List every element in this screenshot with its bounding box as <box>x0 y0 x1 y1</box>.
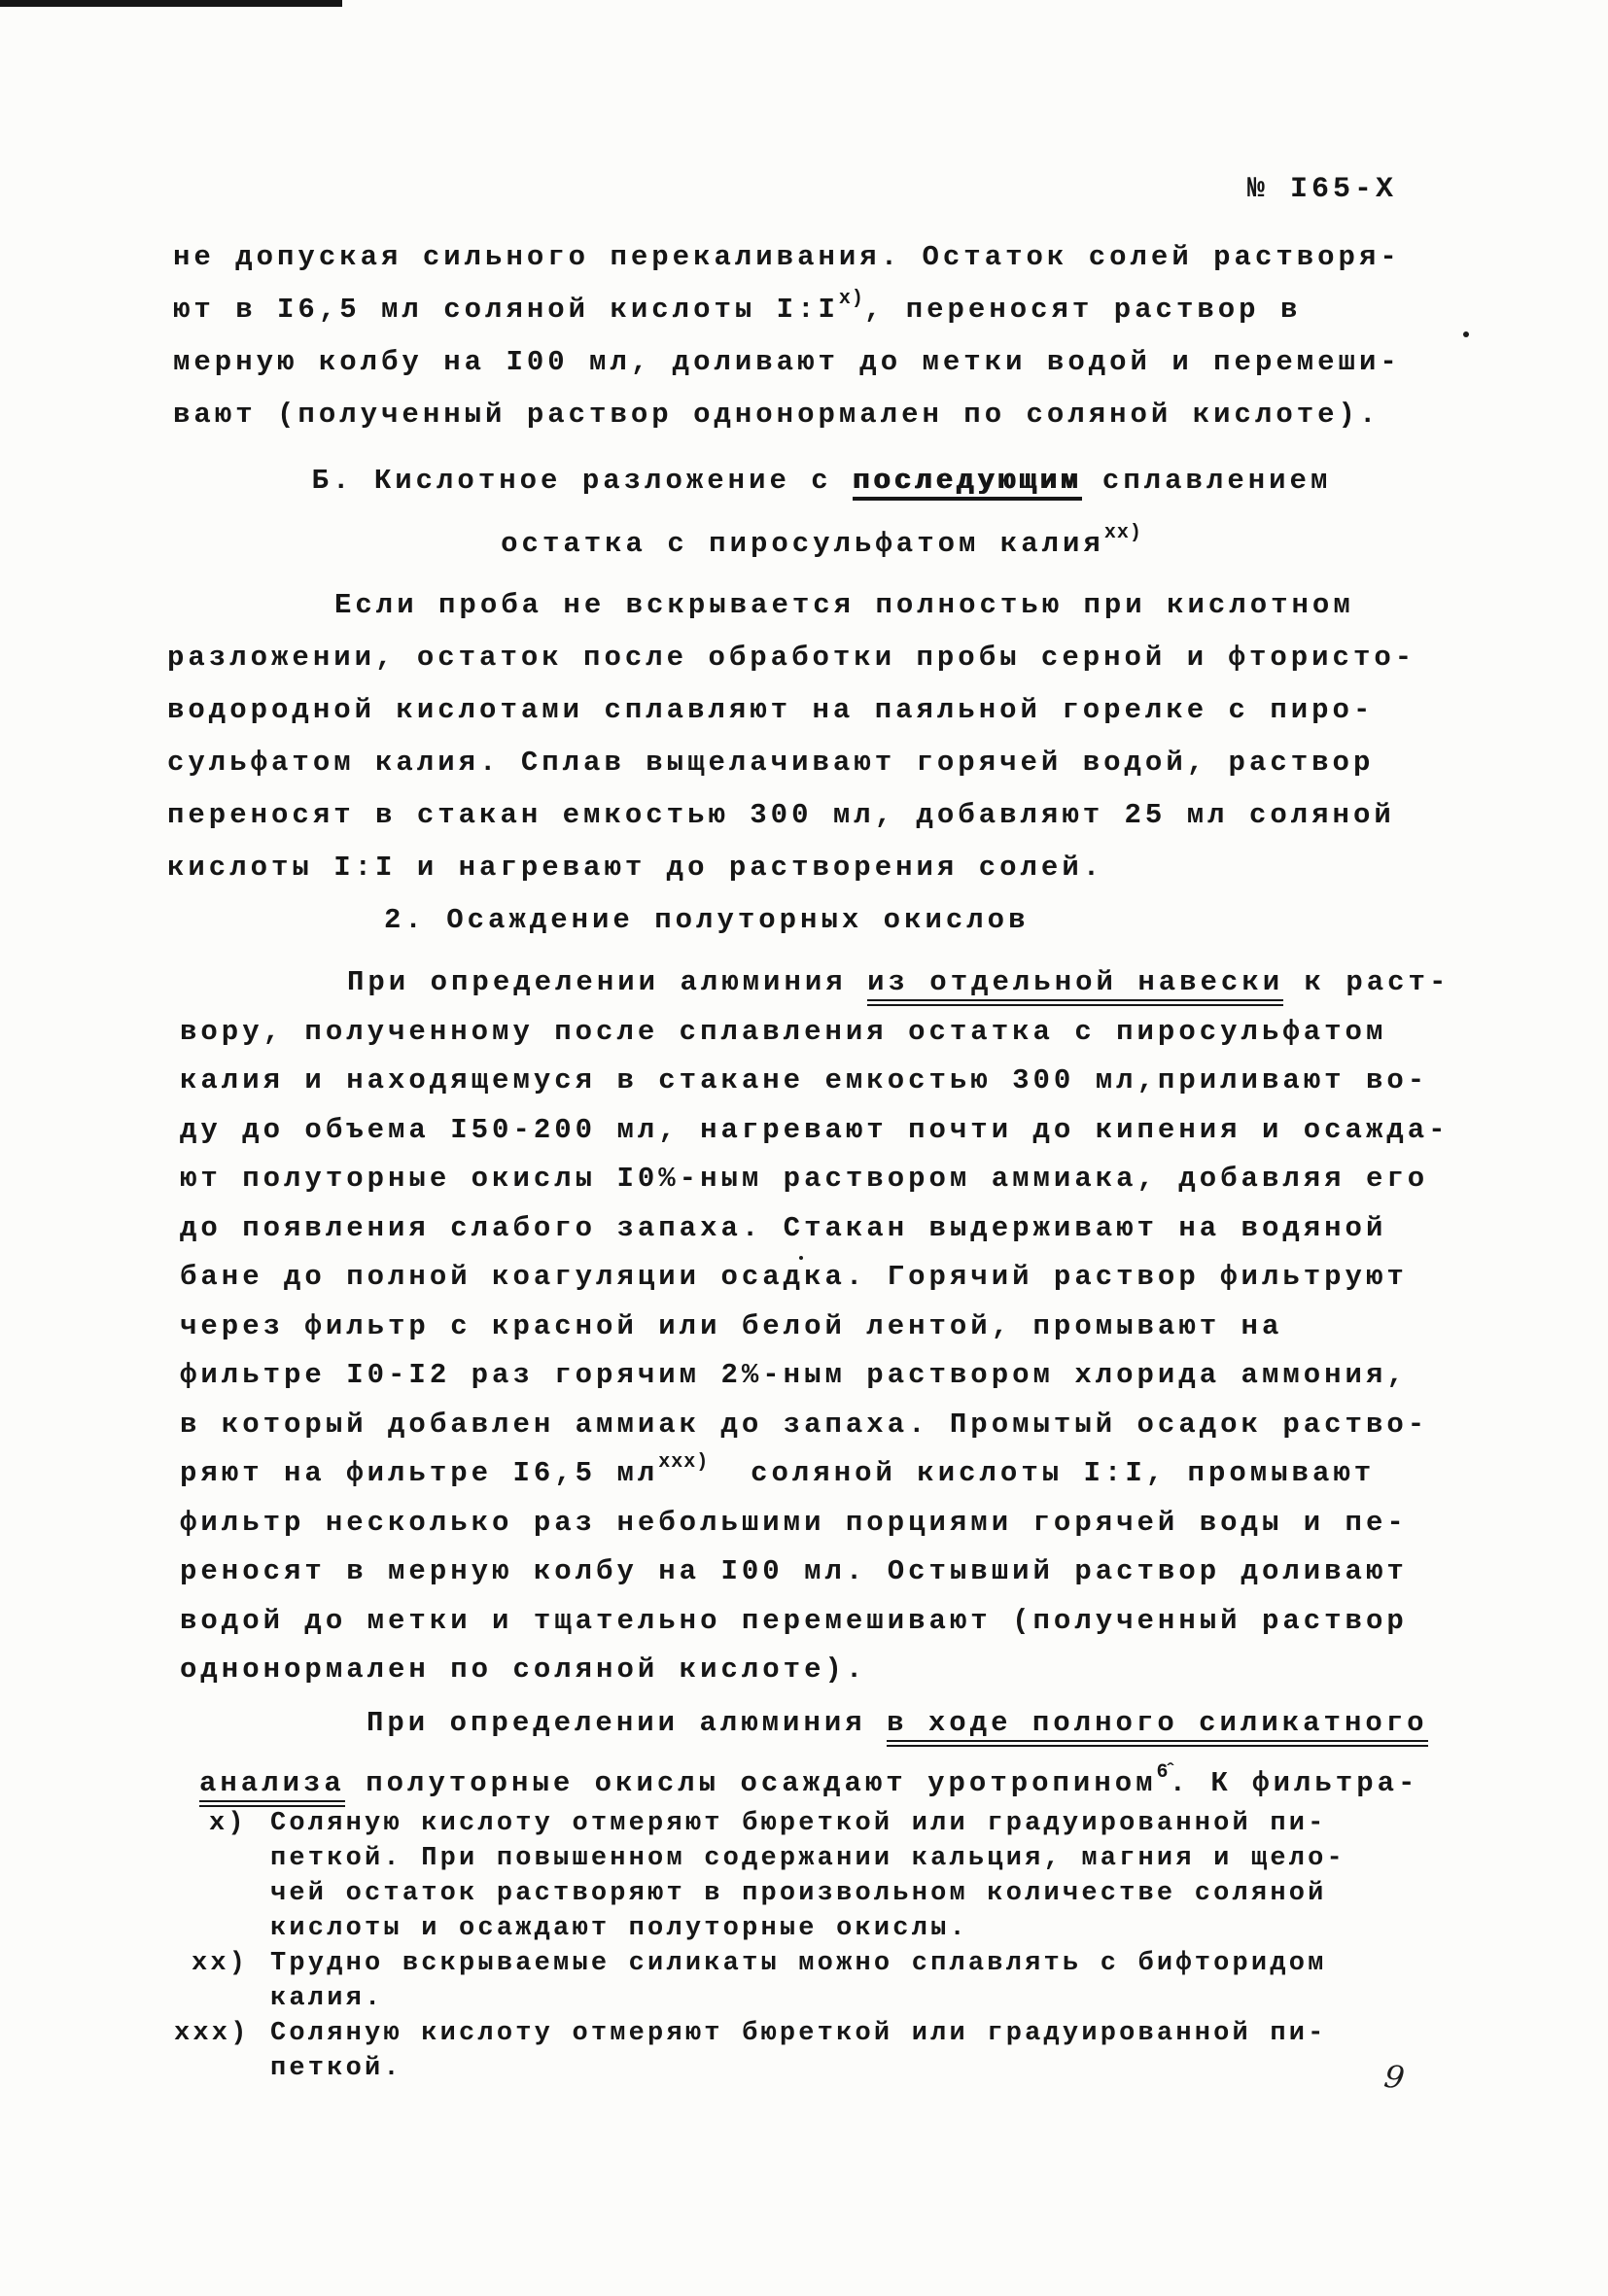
ink-speck <box>799 1256 803 1260</box>
text-line: до появления слабого запаха. Стакан выде… <box>180 1204 1450 1254</box>
text-line: фильтр несколько раз небольшими порциями… <box>180 1499 1450 1548</box>
text-line: анализа полуторные окислы осаждают уротр… <box>199 1754 1428 1814</box>
text-line: разложении, остаток после обработки проб… <box>167 632 1416 684</box>
text-line: Если проба не вскрывается полностью при … <box>167 579 1416 632</box>
text-segment: кислоты и осаждают полуторные окислы. <box>270 1914 968 1943</box>
text-segment: анализа <box>199 1767 345 1807</box>
text-segment: вору, полученному после сплавления остат… <box>180 1016 1386 1048</box>
text-line: чей остаток растворяют в произвольном ко… <box>270 1876 1346 1911</box>
text-segment: не допуская сильного перекаливания. Оста… <box>173 241 1401 273</box>
text-segment: до появления слабого запаха. Стакан выде… <box>180 1212 1386 1244</box>
text-segment: однонормален по соляной кислоте). <box>180 1653 866 1686</box>
text-line: ют полуторные окислы I0%-ным раствором а… <box>180 1155 1450 1204</box>
text-segment: полуторные окислы осаждают уротропином <box>345 1767 1157 1799</box>
section-heading-acid-decomposition: Б. Кислотное разложение с последующим сп… <box>209 449 1434 575</box>
text-segment: 2. Осаждение полуторных окислов <box>384 904 1030 936</box>
footnotes-section: х)Соляную кислоту отмеряют бюреткой или … <box>270 1806 1346 2086</box>
text-segment: ду до объема I50-200 мл, нагревают почти… <box>180 1114 1450 1146</box>
subsection-heading-precipitation: 2. Осаждение полуторных окислов <box>384 894 1030 947</box>
text-segment: бане до полной коагуляции осадка. Горячи… <box>180 1261 1408 1293</box>
text-segment: Соляную кислоту отмеряют бюреткой или гр… <box>270 2019 1327 2048</box>
text-segment: ряют на фильтре I6,5 мл <box>180 1457 658 1489</box>
text-line: ряют на фильтре I6,5 млххх) соляной кисл… <box>180 1449 1450 1499</box>
text-line: через фильтр с красной или белой лентой,… <box>180 1303 1450 1352</box>
text-line: реносят в мерную колбу на I00 мл. Остывш… <box>180 1548 1450 1597</box>
text-line: вают (полученный раствор однонормален по… <box>173 389 1401 441</box>
text-line: вору, полученному после сплавления остат… <box>180 1008 1450 1058</box>
text-segment: ют в I6,5 мл соляной кислоты I:I <box>173 294 839 326</box>
text-line: кислоты I:I и нагревают до растворения с… <box>167 842 1416 894</box>
text-segment: водой до метки и тщательно перемешивают … <box>180 1605 1408 1637</box>
text-line: остатка с пиросульфатом калияхх) <box>209 512 1434 575</box>
text-segment: из отдельной навески <box>867 966 1283 1006</box>
text-segment: вают (полученный раствор однонормален по… <box>173 399 1380 431</box>
text-line: однонормален по соляной кислоте). <box>180 1646 1450 1695</box>
text-line: водородной кислотами сплавляют на паяльн… <box>167 684 1416 737</box>
text-segment: сплавлением <box>1082 465 1332 497</box>
scanned-document-page: № I65-Х не допуская сильного перекаливан… <box>0 0 1608 2296</box>
text-line: ду до объема I50-200 мл, нагревают почти… <box>180 1106 1450 1156</box>
text-segment: . К фильтра- <box>1170 1767 1419 1799</box>
text-segment: в который добавлен аммиак до запаха. Про… <box>180 1409 1428 1441</box>
text-segment: остатка с пиросульфатом калия <box>501 528 1104 560</box>
text-segment: переносят в стакан емкостью 300 мл, доба… <box>167 799 1395 831</box>
paragraph-separate-portion-procedure: При определении алюминия из отдельной на… <box>180 958 1450 1695</box>
text-line: переносят в стакан емкостью 300 мл, доба… <box>167 789 1416 842</box>
footnote-marker: ххх) <box>174 2016 250 2051</box>
text-line: петкой. При повышенном содержании кальци… <box>270 1841 1346 1876</box>
text-line: мерную колбу на I00 мл, доливают до метк… <box>173 336 1401 389</box>
text-segment: кислоты I:I и нагревают до растворения с… <box>167 852 1103 884</box>
text-segment: петкой. При повышенном содержании кальци… <box>270 1844 1346 1873</box>
text-segment: При определении алюминия <box>367 1707 887 1739</box>
footnote-marker: хх) <box>192 1946 248 1981</box>
text-segment: последующим <box>853 465 1081 501</box>
text-segment: водородной кислотами сплавляют на паяльн… <box>167 694 1374 726</box>
text-segment: к раст- <box>1283 966 1450 998</box>
text-line: калия. <box>270 1981 1346 2016</box>
text-line: калия и находящемуся в стакане емкостью … <box>180 1057 1450 1106</box>
paragraph-full-silicate-analysis: При определении алюминия в ходе полного … <box>199 1693 1428 1814</box>
handwritten-mark: 9 <box>1381 2057 1410 2097</box>
text-line: При определении алюминия из отдельной на… <box>180 958 1450 1008</box>
text-segment: При определении алюминия <box>347 966 867 998</box>
text-segment: Соляную кислоту отмеряют бюреткой или гр… <box>270 1809 1327 1838</box>
text-line: 2. Осаждение полуторных окислов <box>384 894 1030 947</box>
text-segment: соляной кислоты I:I, промывают <box>709 1457 1375 1489</box>
text-line: хх)Трудно вскрываемые силикаты можно спл… <box>270 1946 1346 1981</box>
text-line: Б. Кислотное разложение с последующим сп… <box>209 449 1434 512</box>
footnote-separator-rule <box>0 0 342 7</box>
paragraph-pyrosulfate-fusion: Если проба не вскрывается полностью при … <box>167 579 1416 894</box>
text-line: бане до полной коагуляции осадка. Горячи… <box>180 1253 1450 1303</box>
paragraph-salt-dissolution: не допуская сильного перекаливания. Оста… <box>173 231 1401 441</box>
text-segment: калия и находящемуся в стакане емкостью … <box>180 1064 1428 1096</box>
page-number: № I65-Х <box>1247 173 1397 206</box>
text-line: кислоты и осаждают полуторные окислы. <box>270 1911 1346 1946</box>
ink-speck <box>1463 331 1469 337</box>
text-segment: мерную колбу на I00 мл, доливают до метк… <box>173 346 1401 378</box>
text-segment: в ходе полного силикатного <box>887 1707 1427 1747</box>
text-line: При определении алюминия в ходе полного … <box>199 1693 1428 1754</box>
footnote-marker: х) <box>209 1806 247 1841</box>
text-line: фильтре I0-I2 раз горячим 2%-ным раствор… <box>180 1351 1450 1401</box>
text-segment: фильтр несколько раз небольшими порциями… <box>180 1507 1408 1539</box>
text-segment: Трудно вскрываемые силикаты можно сплавл… <box>270 1949 1327 1978</box>
text-segment: Б. Кислотное разложение с <box>312 465 853 497</box>
text-line: ххх)Соляную кислоту отмеряют бюреткой ил… <box>270 2016 1346 2051</box>
text-segment: петкой. <box>270 2054 402 2083</box>
text-segment: фильтре I0-I2 раз горячим 2%-ным раствор… <box>180 1359 1408 1391</box>
text-line: в который добавлен аммиак до запаха. Про… <box>180 1401 1450 1450</box>
text-line: ют в I6,5 мл соляной кислоты I:Iх), пере… <box>173 284 1401 336</box>
text-line: сульфатом калия. Сплав выщелачивают горя… <box>167 737 1416 789</box>
text-segment: ют полуторные окислы I0%-ным раствором а… <box>180 1163 1428 1195</box>
text-segment: разложении, остаток после обработки проб… <box>167 642 1416 674</box>
text-line: х)Соляную кислоту отмеряют бюреткой или … <box>270 1806 1346 1841</box>
text-segment: калия. <box>270 1984 383 2013</box>
text-segment: сульфатом калия. Сплав выщелачивают горя… <box>167 747 1374 779</box>
text-segment: Если проба не вскрывается полностью при … <box>334 589 1354 621</box>
text-segment: , переносят раствор в <box>864 294 1301 326</box>
text-line: водой до метки и тщательно перемешивают … <box>180 1597 1450 1647</box>
text-segment: через фильтр с красной или белой лентой,… <box>180 1310 1282 1342</box>
text-segment: чей остаток растворяют в произвольном ко… <box>270 1879 1327 1908</box>
text-line: не допуская сильного перекаливания. Оста… <box>173 231 1401 284</box>
text-line: петкой. <box>270 2051 1346 2086</box>
text-segment: реносят в мерную колбу на I00 мл. Остывш… <box>180 1555 1408 1587</box>
